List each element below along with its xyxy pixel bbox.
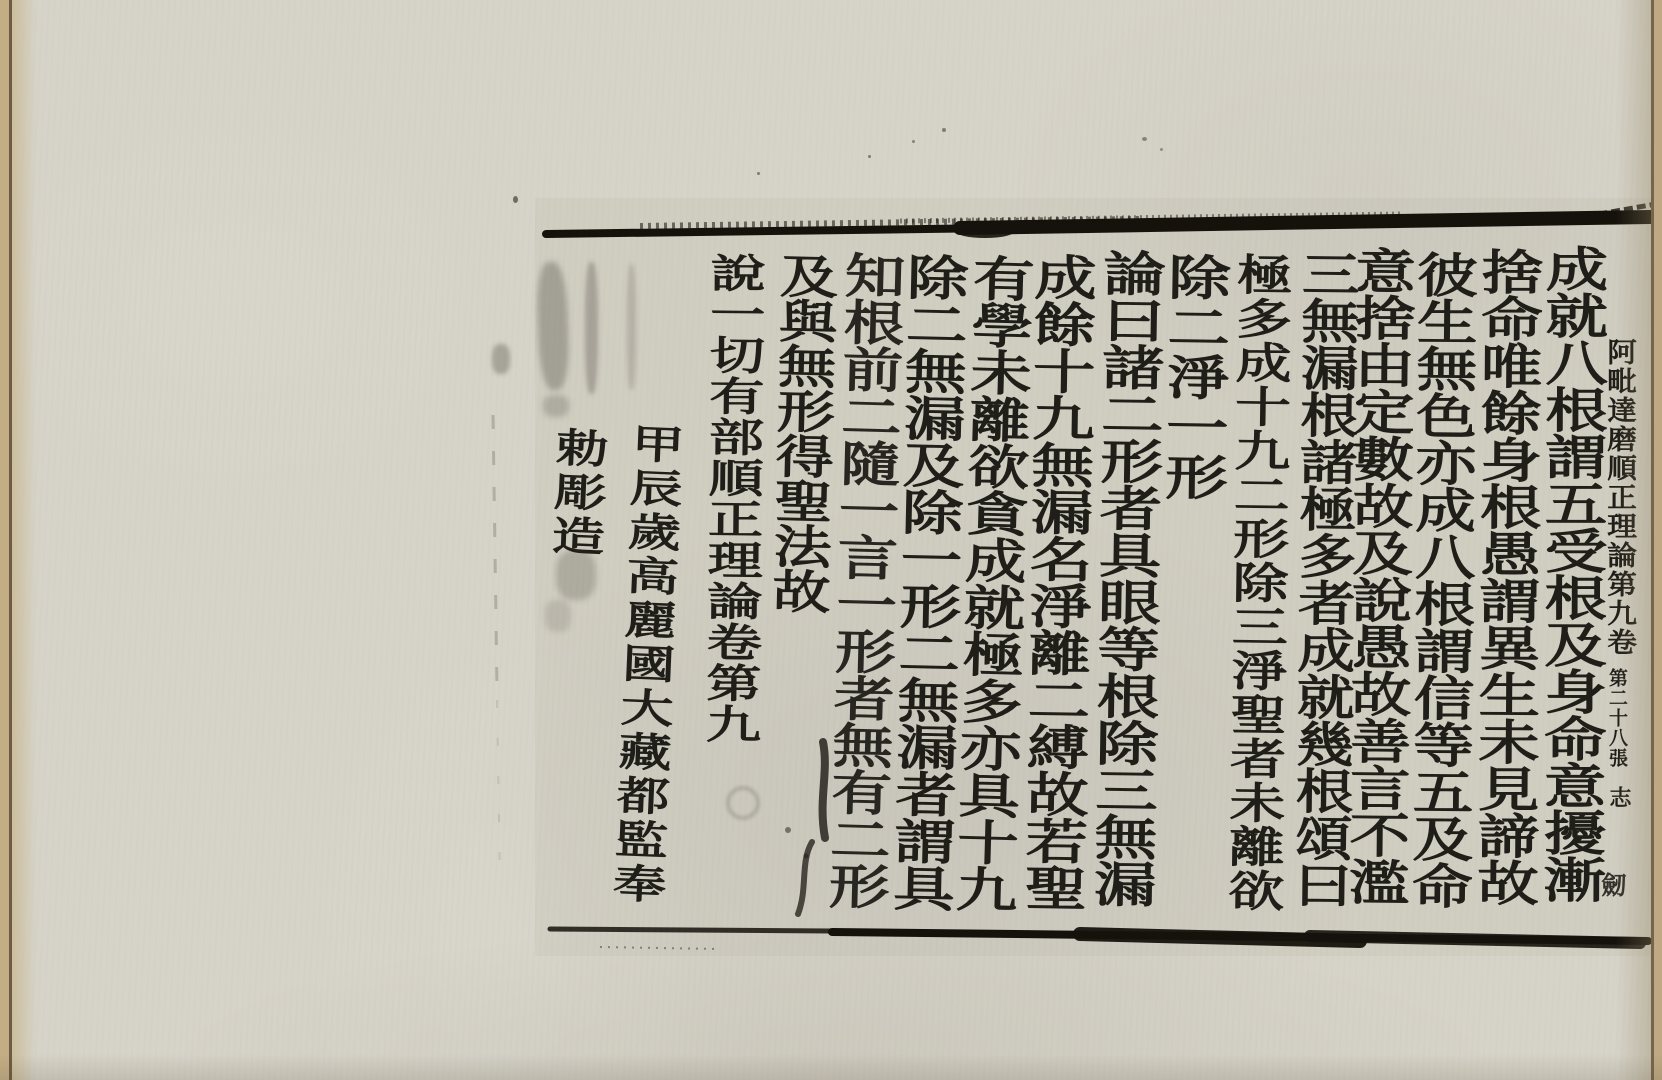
text-column-6-verse: 極多成十九二形除三淨聖者未離欲 (1223, 252, 1288, 913)
text-column-5: 三無漏根諸極多者成就幾根頌曰 (1289, 249, 1355, 908)
ink-speck (1142, 137, 1147, 141)
scanned-book-page: 成就八根謂五受根及身命意擾漸 捨命唯餘身根愚謂異生未見諦故 彼生無色亦成八根謂信… (0, 0, 1662, 1080)
text-column-13: 及與無形得聖法故 (768, 252, 835, 613)
book-edge-left-shade (12, 0, 36, 1080)
ink-smudge (543, 395, 569, 417)
text-column-7-verse: 除二淨一形 (1159, 252, 1225, 503)
ink-ring-stain (726, 786, 760, 820)
text-column-8: 論曰諸二形者具眼等根除三無漏 (1088, 248, 1161, 907)
ink-smudge (556, 550, 596, 600)
ink-speck (513, 196, 518, 203)
text-column-3: 彼生無色亦成八根謂信等五及命 (1406, 250, 1472, 909)
colophon-column-2: 勅彫造 (546, 426, 604, 560)
ink-smudge (492, 344, 510, 374)
ink-speck (757, 172, 760, 175)
ink-speck (912, 140, 915, 143)
ink-speck (1160, 148, 1163, 151)
book-edge-left (0, 0, 9, 1080)
page-edge-right-shade (1616, 0, 1654, 1080)
text-column-1: 成就八根謂五受根及身命意擾漸 (1538, 244, 1603, 902)
ink-speck (942, 128, 946, 132)
text-column-14-end-title: 說一切有部順正理論卷第九 (701, 252, 761, 745)
ink-speck (868, 155, 871, 158)
ink-smudge (585, 262, 598, 394)
ink-smudge (627, 264, 636, 390)
text-column-2: 捨命唯餘身根愚謂異生未見諦故 (1471, 247, 1537, 905)
ink-smudge (545, 600, 571, 632)
page-bottom-shadow (0, 1054, 1662, 1080)
page-edge-right (1654, 0, 1662, 1080)
